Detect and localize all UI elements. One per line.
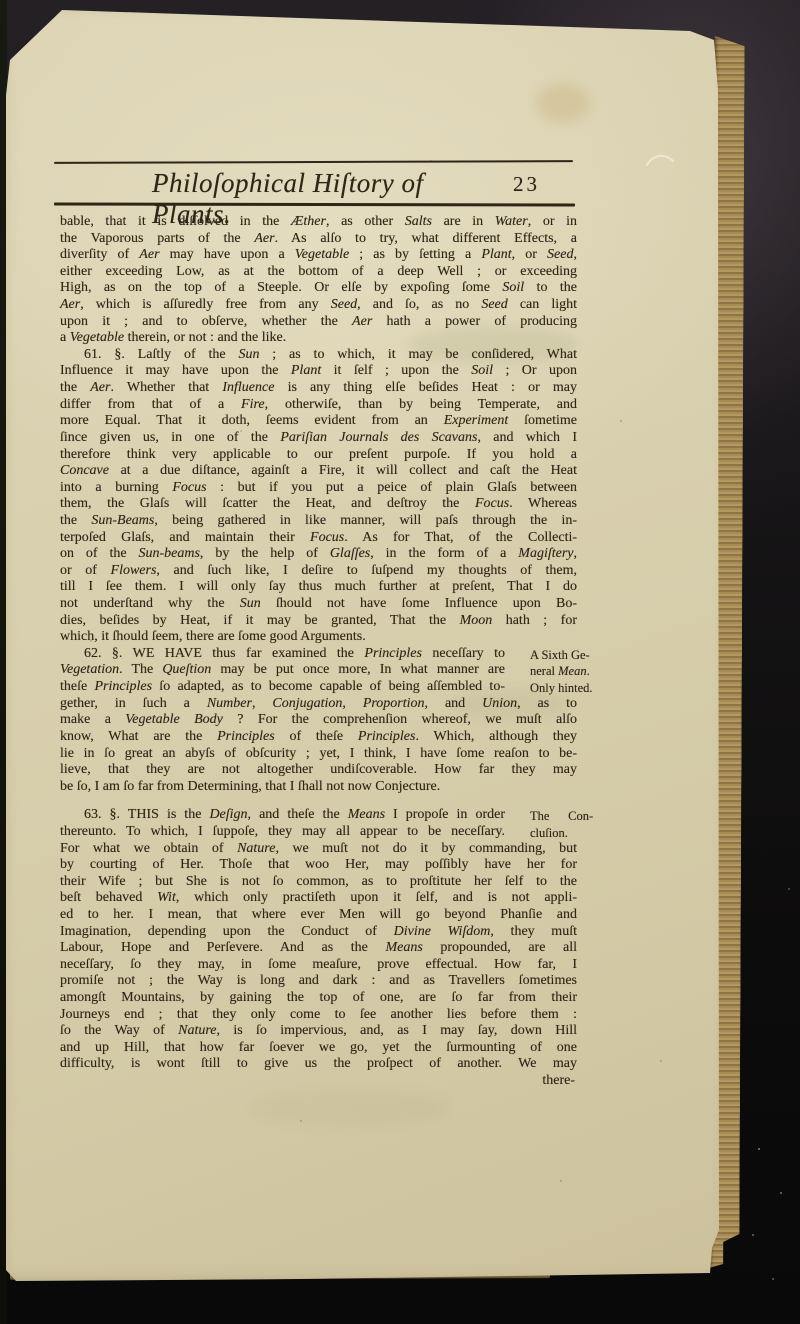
text-line: Vegetation. The Queſtion may be put once… bbox=[60, 662, 577, 679]
text-line: the Vaporous parts of the Aer. As alſo t… bbox=[60, 231, 577, 248]
text-line: ed to her. I mean, that where ever Men w… bbox=[60, 907, 577, 924]
text-line: which, it ſhould ſeem, there are ſome go… bbox=[60, 629, 577, 646]
text-line: 62. §. WE HAVE thus far examined the Pri… bbox=[60, 646, 577, 663]
text-line: differ from that of a Fire, otherwiſe, t… bbox=[60, 397, 577, 414]
text-line: difficulty, is wont ſtill to give us the… bbox=[60, 1056, 577, 1073]
text-line: make a Vegetable Body ? For the comprehe… bbox=[60, 712, 577, 729]
text-line: lieve, that they are not altogether undi… bbox=[60, 762, 577, 779]
paper-stain bbox=[536, 84, 590, 122]
page-number: 23 bbox=[513, 172, 540, 197]
text-line: Labour, Hope and Perſevere. And as the M… bbox=[60, 940, 577, 957]
text-line: beſt behaved Wit, which only practiſeth … bbox=[60, 890, 577, 907]
text-line: be ſo, I am ſo far from Determining, tha… bbox=[60, 779, 577, 796]
text-line: Imagination, depending upon the Conduct … bbox=[60, 924, 577, 941]
text-line: ſince given us, in one of the Pariſian J… bbox=[60, 430, 577, 447]
text-line: dies, beſides by Heat, if it may be gran… bbox=[60, 613, 577, 630]
text-line: on of the Sun-beams, by the help of Glaſ… bbox=[60, 546, 577, 563]
text-line: bable, that it is diſſolved in the Æther… bbox=[60, 214, 577, 231]
text-line: know, What are the Principles of theſe P… bbox=[60, 729, 577, 746]
text-line: amongſt Mountains, by gaining the top of… bbox=[60, 990, 577, 1007]
text-line: theſe Principles ſo adapted, as to becom… bbox=[60, 679, 577, 696]
text-line: upon it ; and to obſerve, whether the Ae… bbox=[60, 314, 577, 331]
text-line: them, the Glaſs will ſcatter the Heat, a… bbox=[60, 496, 577, 513]
text-line: their Wife ; but She is not ſo common, a… bbox=[60, 874, 577, 891]
show-through-smudge bbox=[250, 1090, 450, 1126]
header-rule-bottom bbox=[54, 202, 575, 206]
text-line: the Aer. Whether that Influence is any t… bbox=[60, 380, 577, 397]
text-line: till I ſee them. I will only ſay thus mu… bbox=[60, 579, 577, 596]
text-line: promiſe not ; the Way is long and dark :… bbox=[60, 973, 577, 990]
book-page: Philoſophical Hiſtory of Plants. 23 babl… bbox=[0, 0, 745, 1290]
catchword-line: there- bbox=[60, 1073, 577, 1090]
text-line: either exceeding Low, as at the bottom o… bbox=[60, 264, 577, 281]
text-line: more Equal. That it doth, ſeems evident … bbox=[60, 413, 577, 430]
text-line: terpoſed Glaſs, and maintain their Focus… bbox=[60, 530, 577, 547]
text-line: Concave at a due diſtance, againſt a Fir… bbox=[60, 463, 577, 480]
text-line: the Sun-Beams, being gathered in like ma… bbox=[60, 513, 577, 530]
margin-note-line: The Con- bbox=[506, 808, 666, 824]
photo-left-edge bbox=[0, 0, 7, 1324]
text-line: lie in ſo great an abyſs of obſcurity ; … bbox=[60, 746, 577, 763]
text-line: into a burning Focus : but if you put a … bbox=[60, 480, 577, 497]
text-line: 61. §. Laſtly of the Sun ; as to which, … bbox=[60, 347, 577, 364]
text-line: or of Flowers, and ſuch like, I deſire t… bbox=[60, 563, 577, 580]
text-line: 63. §. THIS is the Deſign, and theſe the… bbox=[60, 807, 577, 824]
text-line: gether, in ſuch a Number, Conjugation, P… bbox=[60, 696, 577, 713]
text-line: High, as on the top of a Steeple. Or elſ… bbox=[60, 280, 577, 297]
dust-specks bbox=[758, 1148, 760, 1150]
text-line: and up Hill, that how far ſoever we go, … bbox=[60, 1040, 577, 1057]
text-line: Aer, which is aſſuredly free from any Se… bbox=[60, 297, 577, 314]
header-rule-top bbox=[54, 160, 573, 164]
text-line: therefore think very applicable to our p… bbox=[60, 447, 577, 464]
text-line: For what we obtain of Nature, we muſt no… bbox=[60, 841, 577, 858]
text-line: by courting of Her. Thoſe that woo Her, … bbox=[60, 857, 577, 874]
text-line: diverſity of Aer may have upon a Vegetab… bbox=[60, 247, 577, 264]
stray-fiber bbox=[644, 150, 678, 172]
text-line: ſo the Way of Nature, is ſo impervious, … bbox=[60, 1023, 577, 1040]
text-line: thereunto. To which, I ſuppoſe, they may… bbox=[60, 824, 577, 841]
text-line: not underſtand why the Sun ſhould not ha… bbox=[60, 596, 577, 613]
margin-note-line: A Sixth Ge- bbox=[506, 647, 666, 663]
body-text: bable, that it is diſſolved in the Æther… bbox=[60, 214, 577, 1090]
text-line: Journeys end ; that they only come to ſe… bbox=[60, 1007, 577, 1024]
text-line: a Vegetable therein, or not : and the li… bbox=[60, 330, 577, 347]
text-line: Influence it may have upon the Plant it … bbox=[60, 363, 577, 380]
text-line: neceſſary, ſo they may, in ſome meaſure,… bbox=[60, 957, 577, 974]
